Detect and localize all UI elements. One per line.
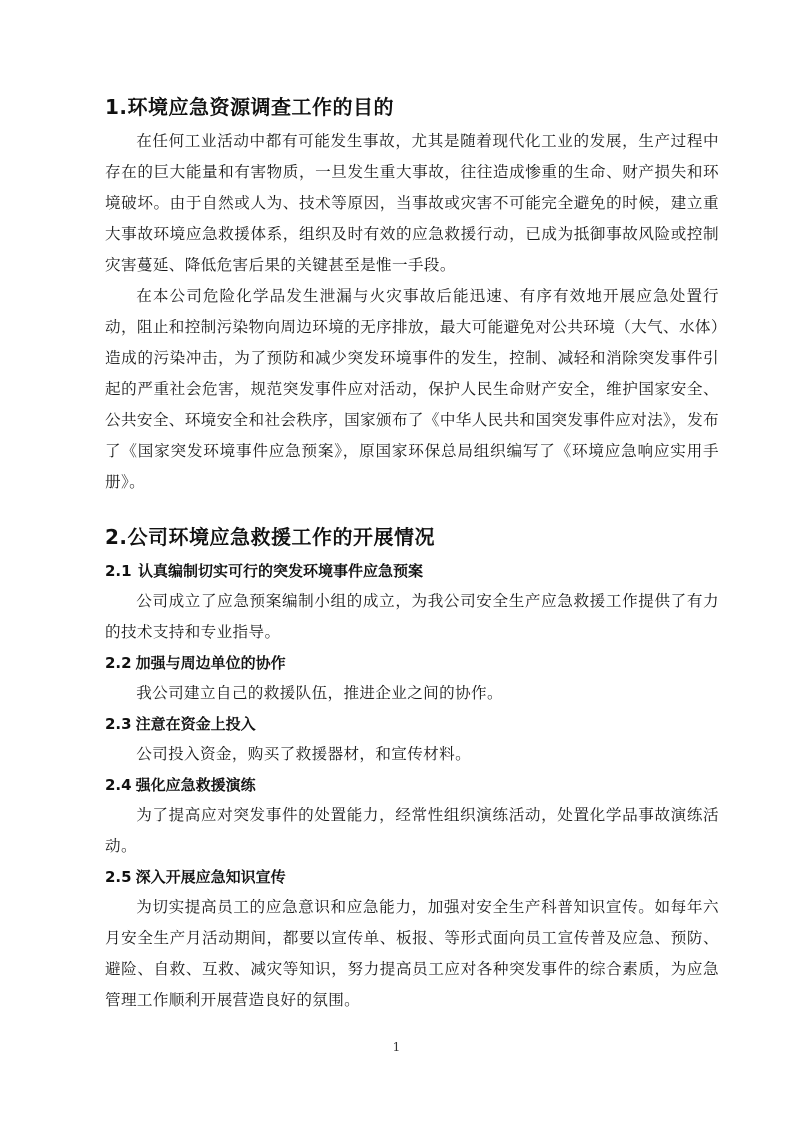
subsection-title: 注意在资金上投入 <box>136 715 256 733</box>
subsection-title: 认真编制切实可行的突发环境事件应急预案 <box>138 562 423 580</box>
subsection-title: 深入开展应急知识宣传 <box>136 868 286 886</box>
subsection-heading-2-1: 2.1认真编制切实可行的突发环境事件应急预案 <box>105 556 719 586</box>
subsection-heading-2-5: 2.5深入开展应急知识宣传 <box>105 862 719 892</box>
document-page: 1.环境应急资源调查工作的目的 在任何工业活动中都有可能发生事故，尤其是随着现代… <box>105 92 719 1016</box>
subsection-2-1-paragraph: 公司成立了应急预案编制小组的成立，为我公司安全生产应急救援工作提供了有力的技术支… <box>105 586 719 648</box>
section-1-paragraph-1: 在任何工业活动中都有可能发生事故，尤其是随着现代化工业的发展，生产过程中存在的巨… <box>105 126 719 281</box>
subsection-number: 2.2 <box>105 648 132 678</box>
subsection-2-3-paragraph: 公司投入资金，购买了救援器材，和宣传材料。 <box>105 739 719 770</box>
subsection-2-5-paragraph: 为切实提高员工的应急意识和应急能力，加强对安全生产科普知识宣传。如每年六月安全生… <box>105 892 719 1016</box>
subsection-number: 2.1 <box>105 556 138 586</box>
page-number: 1 <box>0 1040 793 1054</box>
subsection-number: 2.3 <box>105 709 132 739</box>
subsection-number: 2.5 <box>105 862 132 892</box>
section-1-paragraph-2: 在本公司危险化学品发生泄漏与火灾事故后能迅速、有序有效地开展应急处置行动，阻止和… <box>105 281 719 498</box>
subsection-2-2-paragraph: 我公司建立自己的救援队伍，推进企业之间的协作。 <box>105 678 719 709</box>
section-heading-2: 2.公司环境应急救援工作的开展情况 <box>105 522 719 552</box>
section-heading-1: 1.环境应急资源调查工作的目的 <box>105 92 719 122</box>
subsection-title: 强化应急救援演练 <box>136 776 256 794</box>
subsection-title: 加强与周边单位的协作 <box>136 654 286 672</box>
subsection-heading-2-3: 2.3注意在资金上投入 <box>105 709 719 739</box>
subsection-heading-2-4: 2.4强化应急救援演练 <box>105 770 719 800</box>
subsection-heading-2-2: 2.2加强与周边单位的协作 <box>105 648 719 678</box>
subsection-2-4-paragraph: 为了提高应对突发事件的处置能力，经常性组织演练活动，处置化学品事故演练活动。 <box>105 800 719 862</box>
subsection-number: 2.4 <box>105 770 132 800</box>
